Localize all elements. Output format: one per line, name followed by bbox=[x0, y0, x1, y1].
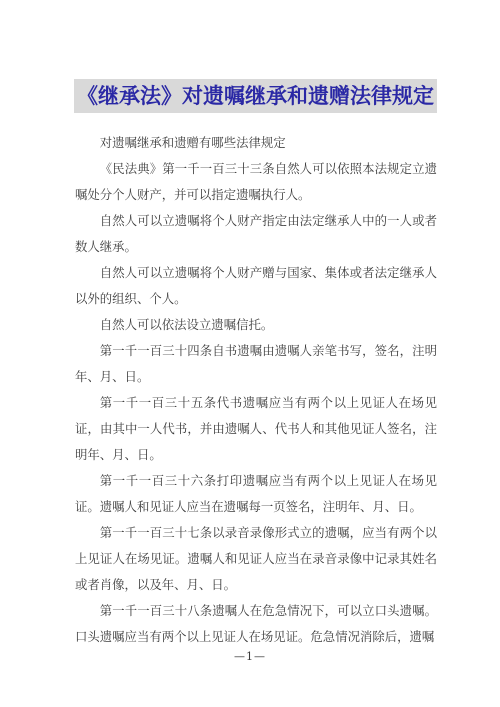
document-title: 《继承法》对遗嘱继承和遗赠法律规定 bbox=[77, 79, 434, 113]
paragraph: 第一千一百三十六条打印遗嘱应当有两个以上见证人在场见证。遗嘱人和见证人应当在遗嘱… bbox=[75, 468, 437, 520]
document-page: 《继承法》对遗嘱继承和遗赠法律规定 对遗嘱继承和遗赠有哪些法律规定 《民法典》第… bbox=[0, 0, 500, 707]
paragraph: 自然人可以立遗嘱将个人财产指定由法定继承人中的一人或者数人继承。 bbox=[75, 208, 437, 260]
document-body: 对遗嘱继承和遗赠有哪些法律规定 《民法典》第一千一百三十三条自然人可以依照本法规… bbox=[75, 130, 437, 650]
paragraph: 第一千一百三十五条代书遗嘱应当有两个以上见证人在场见证，由其中一人代书，并由遗嘱… bbox=[75, 390, 437, 468]
paragraph: 对遗嘱继承和遗赠有哪些法律规定 bbox=[75, 130, 437, 156]
paragraph: 自然人可以立遗嘱将个人财产赠与国家、集体或者法定继承人以外的组织、个人。 bbox=[75, 260, 437, 312]
title-banner: 《继承法》对遗嘱继承和遗赠法律规定 bbox=[74, 79, 437, 113]
paragraph: 第一千一百三十八条遗嘱人在危急情况下，可以立口头遗嘱。口头遗嘱应当有两个以上见证… bbox=[75, 598, 437, 650]
paragraph: 第一千一百三十七条以录音录像形式立的遗嘱，应当有两个以上见证人在场见证。遗嘱人和… bbox=[75, 520, 437, 598]
paragraph: 自然人可以依法设立遗嘱信托。 bbox=[75, 312, 437, 338]
paragraph: 第一千一百三十四条自书遗嘱由遗嘱人亲笔书写，签名，注明年、月、日。 bbox=[75, 338, 437, 390]
paragraph: 《民法典》第一千一百三十三条自然人可以依照本法规定立遗嘱处分个人财产，并可以指定… bbox=[75, 156, 437, 208]
page-number: —1— bbox=[0, 650, 500, 663]
